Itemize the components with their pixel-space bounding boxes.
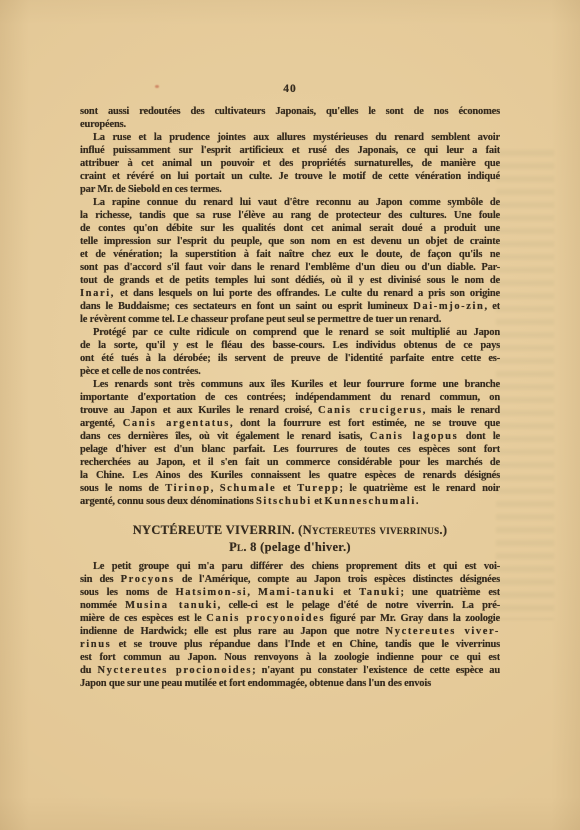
text-line: Les renards sont très communs aux îles K… <box>80 378 500 391</box>
text-segment: la Chine. Les Ainos des Kuriles connaiss… <box>80 470 500 481</box>
text-segment: sin des <box>80 574 121 585</box>
text-segment: ; n'ayant pu constater l'existence de ce… <box>252 665 500 676</box>
species-name: Hatsimon-si <box>175 587 247 598</box>
text-line: la Chine. Les Ainos des Kuriles connaiss… <box>80 469 500 482</box>
text-line: influé puissamment sur l'esprit artifici… <box>80 144 500 157</box>
text-segment: , <box>247 587 258 598</box>
text-line: de la sorte, qu'il y est le fléau des ba… <box>80 339 500 352</box>
text-segment: Pl. <box>229 540 247 554</box>
text-segment: et <box>312 496 325 507</box>
text-line: Protégé par ce culte ridicule on compren… <box>80 326 500 339</box>
text-line: de contes qu'on débite sur les qualités … <box>80 222 500 235</box>
species-name: Nyctereutes procionoides <box>97 665 252 676</box>
text-line: la richesse, tandis que sa ruse l'élève … <box>80 209 500 222</box>
text-segment: est fort commun au Japon. Nous renvoyons… <box>80 652 500 663</box>
paragraph: Protégé par ce culte ridicule on compren… <box>80 326 500 378</box>
text-segment: indienne de Hardwick; elle est plus rare… <box>80 626 386 637</box>
text-line: trouve au Japon et aux Kuriles le renard… <box>80 404 500 417</box>
species-name: Schumale <box>220 483 277 494</box>
text-segment: sous les noms de <box>80 587 175 598</box>
text-block: sont aussi redoutées des cultivateurs Ja… <box>80 105 500 690</box>
text-line: telle impression sur l'esprit du peuple,… <box>80 235 500 248</box>
text-line: nommée Musina tanuki, celle-ci est le pe… <box>80 599 500 612</box>
paragraph: La ruse et la prudence jointes aux allur… <box>80 131 500 196</box>
text-segment: . <box>416 496 418 507</box>
text-segment: et dans lesquels on lui porte des offran… <box>115 288 500 299</box>
paragraph: Le petit groupe qui m'a paru différer de… <box>80 560 500 690</box>
text-segment: sont aussi redoutées des cultivateurs Ja… <box>80 106 500 117</box>
text-line: indienne de Hardwick; elle est plus rare… <box>80 625 500 638</box>
section-heading: NYCTÉREUTE VIVERRIN. (Nyctereutes viverr… <box>80 522 500 556</box>
text-segment: tout de grands et de petits temples lui … <box>80 275 500 286</box>
text-segment: du <box>80 665 97 676</box>
text-segment: dans ces dernières îles, où vit égalemen… <box>80 431 370 442</box>
text-segment: NYCTÉREUTE VIVERRIN. <box>133 523 298 537</box>
text-segment: trouve au Japon et aux Kuriles le renard… <box>80 405 318 416</box>
text-segment: pèce et celle de nos contrées. <box>80 366 201 377</box>
text-line: sont aussi redoutées des cultivateurs Ja… <box>80 105 500 118</box>
species-name: Tirinop <box>165 483 210 494</box>
text-line: importante d'exportation de ces contrées… <box>80 391 500 404</box>
text-segment: figuré par Mr. Gray dans la zoologie <box>325 613 500 624</box>
text-segment: pelage d'hiver est d'un blanc parfait. L… <box>80 444 500 455</box>
text-segment: le révèrent comme tel. Le chasseur profa… <box>80 314 441 325</box>
text-line: tout de grands et de petits temples lui … <box>80 274 500 287</box>
paragraph: Les renards sont très communs aux îles K… <box>80 378 500 508</box>
text-segment: ont été tués à la dérobée; ils servent d… <box>80 353 500 364</box>
species-name: Canis crucigerus <box>318 405 423 416</box>
text-segment: dont le <box>458 431 500 442</box>
text-segment: nommée <box>80 600 125 611</box>
text-line: et de vénération; la superstition à fait… <box>80 248 500 261</box>
text-segment: sont pas d'accord s'il faut voir dans le… <box>80 262 500 273</box>
paper-speck <box>155 85 159 88</box>
text-segment: ; le quatrième est le renard noir <box>340 483 501 494</box>
text-line: sous les noms de Hatsimon-si, Mami-tanuk… <box>80 586 500 599</box>
text-segment: , et <box>485 301 501 312</box>
species-name: rinus <box>80 639 111 650</box>
verso-show-through <box>496 150 554 620</box>
text-line: attribuer à cet animal un pouvoir et des… <box>80 157 500 170</box>
text-segment: par Mr. de Siebold en ces termes. <box>80 184 222 195</box>
text-line: La rapine connue du renard lui vaut d'êt… <box>80 196 500 209</box>
text-segment: , celle-ci est le pelage d'été de notre … <box>218 600 500 611</box>
text-segment: la richesse, tandis que sa ruse l'élève … <box>80 210 500 221</box>
species-name: Canis argentatus <box>123 418 230 429</box>
species-name: Procyons <box>121 574 175 585</box>
text-segment: craint et révéré on lui portait un culte… <box>80 171 500 182</box>
text-line: ont été tués à la dérobée; ils servent d… <box>80 352 500 365</box>
text-segment: de contes qu'on débite sur les qualités … <box>80 223 500 234</box>
species-name: Nyctereutes viver- <box>386 626 500 637</box>
text-segment: mière de ces espèces est le <box>80 613 206 624</box>
species-name: Dai-mjo-zin <box>413 301 484 312</box>
text-segment: et de vénération; la superstition à fait… <box>80 249 500 260</box>
paragraph: La rapine connue du renard lui vaut d'êt… <box>80 196 500 326</box>
text-segment: Le petit groupe qui m'a paru différer de… <box>93 561 500 572</box>
text-segment: recherchées au Japon, et il s'en fait un… <box>80 457 500 468</box>
text-line: mière de ces espèces est le Canis procyo… <box>80 612 500 625</box>
text-line: sin des Procyons de l'Amérique, compte a… <box>80 573 500 586</box>
text-line: européens. <box>80 118 500 131</box>
text-segment: 8 (pelage d'hiver.) <box>247 540 351 554</box>
text-line: NYCTÉREUTE VIVERRIN. (Nyctereutes viverr… <box>80 522 500 539</box>
text-line: dans le Buddaisme; ces sectateurs en fon… <box>80 300 500 313</box>
text-line: est fort commun au Japon. Nous renvoyons… <box>80 651 500 664</box>
text-line: pelage d'hiver est d'un blanc parfait. L… <box>80 443 500 456</box>
text-segment: dans le Buddaisme; ces sectateurs en fon… <box>80 301 413 312</box>
species-name: Sitschubi <box>256 496 312 507</box>
text-segment: , <box>211 483 220 494</box>
text-segment: Japon que sur une peau mutilée et fort e… <box>80 678 431 689</box>
species-name: Canis lagopus <box>370 431 459 442</box>
text-segment: et <box>335 587 359 598</box>
text-line: rinus et se trouve plus répandue dans l'… <box>80 638 500 651</box>
species-name: Mami-tanuki <box>258 587 335 598</box>
text-line: dans ces dernières îles, où vit égalemen… <box>80 430 500 443</box>
text-segment: argenté, connu sous deux dénominations <box>80 496 256 507</box>
text-line: par Mr. de Siebold en ces termes. <box>80 183 500 196</box>
book-page: 40 sont aussi redoutées des cultivateurs… <box>0 0 580 830</box>
species-name: Turepp <box>297 483 339 494</box>
text-line: sous le noms de Tirinop, Schumale et Tur… <box>80 482 500 495</box>
text-segment: telle impression sur l'esprit du peuple,… <box>80 236 500 247</box>
species-name: Inari, <box>80 288 115 299</box>
text-segment: et <box>276 483 297 494</box>
text-segment: (Nyctereutes viverrinus.) <box>298 523 447 537</box>
text-line: le révèrent comme tel. Le chasseur profa… <box>80 313 500 326</box>
species-name: Musina tanuki <box>125 600 217 611</box>
text-line: sont pas d'accord s'il faut voir dans le… <box>80 261 500 274</box>
text-line: Pl. 8 (pelage d'hiver.) <box>80 539 500 556</box>
text-segment: , dont la fourrure est fort estimée, ne … <box>230 418 500 429</box>
species-name: Kunneschumali <box>324 496 415 507</box>
text-segment: La ruse et la prudence jointes aux allur… <box>93 132 500 143</box>
text-line: La ruse et la prudence jointes aux allur… <box>80 131 500 144</box>
text-segment: influé puissamment sur l'esprit artifici… <box>80 145 500 156</box>
paragraph: sont aussi redoutées des cultivateurs Ja… <box>80 105 500 131</box>
text-segment: La rapine connue du renard lui vaut d'êt… <box>93 197 500 208</box>
text-segment: sous le noms de <box>80 483 165 494</box>
text-line: Le petit groupe qui m'a paru différer de… <box>80 560 500 573</box>
text-segment: importante d'exportation de ces contrées… <box>80 392 500 403</box>
text-segment: attribuer à cet animal un pouvoir et des… <box>80 158 500 169</box>
text-segment: Protégé par ce culte ridicule on compren… <box>93 327 500 338</box>
text-segment: de l'Amérique, compte au Japon trois esp… <box>175 574 500 585</box>
text-line: Japon que sur une peau mutilée et fort e… <box>80 677 500 690</box>
text-line: recherchées au Japon, et il s'en fait un… <box>80 456 500 469</box>
text-segment: européens. <box>80 119 126 130</box>
species-name: Tanuki <box>359 587 400 598</box>
text-line: argenté, connu sous deux dénominations S… <box>80 495 500 508</box>
species-name: Canis procyonoides <box>206 613 325 624</box>
text-line: argenté, Canis argentatus, dont la fourr… <box>80 417 500 430</box>
page-number: 40 <box>0 83 580 95</box>
text-line: craint et révéré on lui portait un culte… <box>80 170 500 183</box>
text-line: pèce et celle de nos contrées. <box>80 365 500 378</box>
text-segment: et se trouve plus répandue dans l'Inde e… <box>111 639 500 650</box>
text-segment: , mais le renard <box>423 405 500 416</box>
text-line: Inari, et dans lesquels on lui porte des… <box>80 287 500 300</box>
text-segment: de la sorte, qu'il y est le fléau des ba… <box>80 340 500 351</box>
text-line: du Nyctereutes procionoides; n'ayant pu … <box>80 664 500 677</box>
text-segment: ; une quatrième est <box>401 587 501 598</box>
text-segment: argenté, <box>80 418 123 429</box>
text-segment: Les renards sont très communs aux îles K… <box>93 379 500 390</box>
